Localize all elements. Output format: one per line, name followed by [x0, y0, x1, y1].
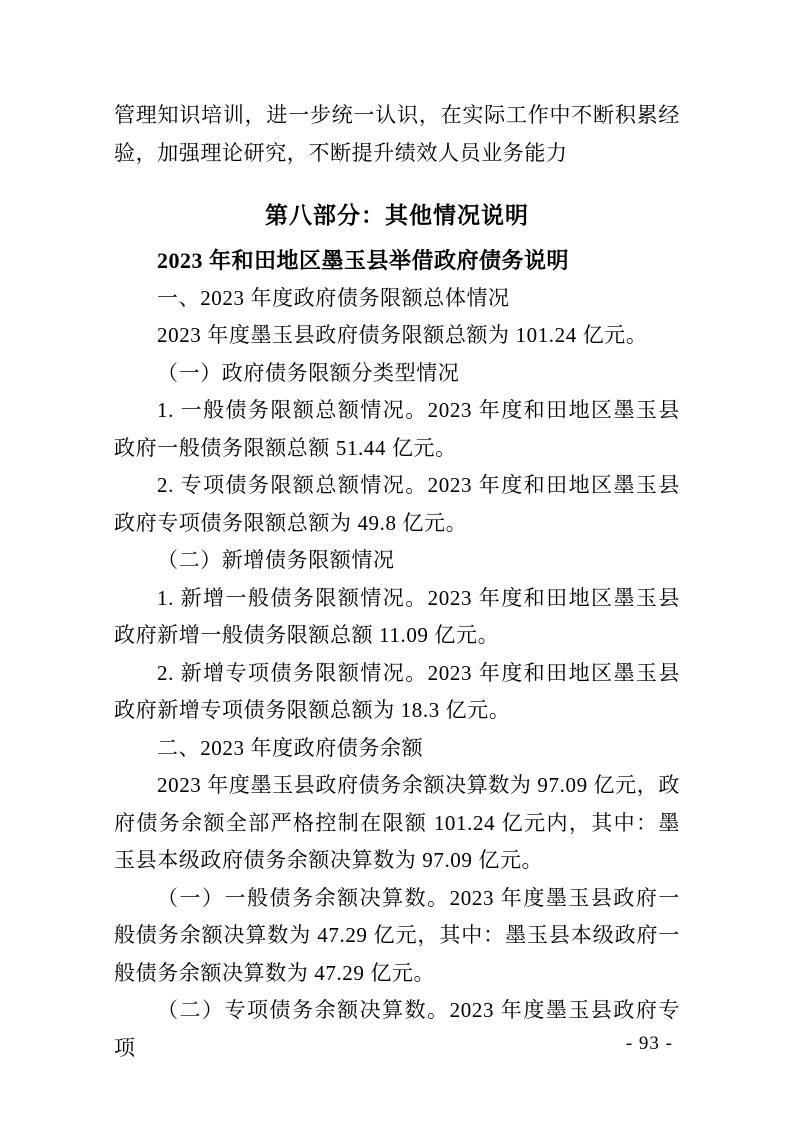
- paragraph-new-general-debt-limit: 1. 新增一般债务限额情况。2023 年度和田地区墨玉县政府新增一般债务限额总额…: [114, 580, 680, 655]
- paragraph-special-debt-balance: （二）专项债务余额决算数。2023 年度墨玉县政府专项: [114, 992, 680, 1067]
- page-content: 管理知识培训，进一步统一认识，在实际工作中不断积累经验，加强理论研究，不断提升绩…: [114, 97, 680, 1067]
- paragraph-debt-balance-total: 2023 年度墨玉县政府债务余额决算数为 97.09 亿元，政府债务余额全部严格…: [114, 767, 680, 880]
- paragraph-debt-limit-total: 2023 年度墨玉县政府债务限额总额为 101.24 亿元。: [114, 317, 680, 355]
- subsection-heading: 2023 年和田地区墨玉县举借政府债务说明: [114, 242, 680, 280]
- paragraph-debt-limit-overview-title: 一、2023 年度政府债务限额总体情况: [114, 280, 680, 318]
- paragraph-intro: 管理知识培训，进一步统一认识，在实际工作中不断积累经验，加强理论研究，不断提升绩…: [114, 97, 680, 172]
- page-number: - 93 -: [626, 1033, 673, 1055]
- paragraph-general-debt-limit: 1. 一般债务限额总额情况。2023 年度和田地区墨玉县政府一般债务限额总额 5…: [114, 392, 680, 467]
- paragraph-new-special-debt-limit: 2. 新增专项债务限额情况。2023 年度和田地区墨玉县政府新增专项债务限额总额…: [114, 655, 680, 730]
- paragraph-debt-balance-title: 二、2023 年度政府债务余额: [114, 730, 680, 768]
- paragraph-general-debt-balance: （一）一般债务余额决算数。2023 年度墨玉县政府一般债务余额决算数为 47.2…: [114, 880, 680, 993]
- section-heading: 第八部分：其他情况说明: [114, 196, 680, 234]
- paragraph-special-debt-limit: 2. 专项债务限额总额情况。2023 年度和田地区墨玉县政府专项债务限额总额为 …: [114, 467, 680, 542]
- paragraph-new-debt-limit-title: （二）新增债务限额情况: [114, 542, 680, 580]
- document-page: 管理知识培训，进一步统一认识，在实际工作中不断积累经验，加强理论研究，不断提升绩…: [0, 0, 793, 1122]
- paragraph-debt-limit-by-type-title: （一）政府债务限额分类型情况: [114, 355, 680, 393]
